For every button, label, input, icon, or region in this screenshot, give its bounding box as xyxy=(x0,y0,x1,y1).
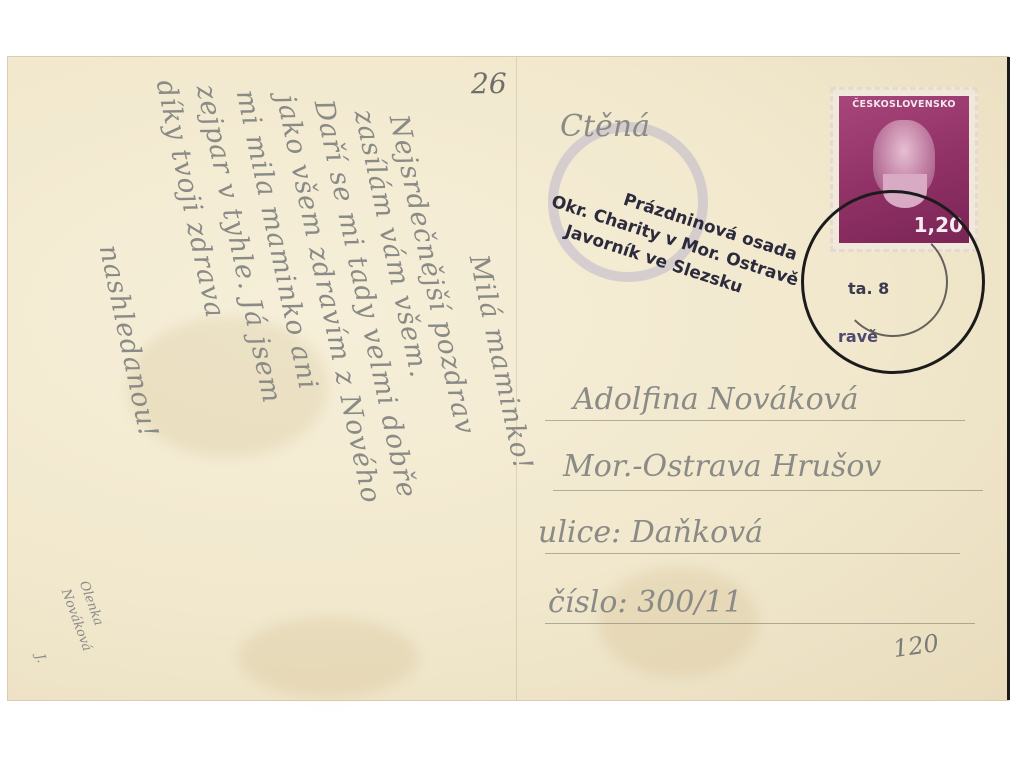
recipient-street: ulice: Daňková xyxy=(538,515,763,550)
card-edge-shadow xyxy=(1007,57,1010,700)
postmark-town: ravě xyxy=(838,327,878,346)
postmark xyxy=(801,190,985,374)
price-note: 120 xyxy=(891,629,940,663)
handwritten-message: Milá maminko! Nejsrdečnější pozdrav zasí… xyxy=(28,67,508,687)
recipient-name: Adolfina Nováková xyxy=(573,382,859,417)
postmark-date: ta. 8 xyxy=(848,279,889,298)
recipient-city: Mor.-Ostrava Hrušov xyxy=(563,449,881,484)
postcard: 26 Milá maminko! Nejsrdečnější pozdrav z… xyxy=(8,57,1008,700)
stamp-country: ČESKOSLOVENSKO xyxy=(839,99,969,110)
signature: J. xyxy=(32,652,49,665)
recipient-number: číslo: 300/11 xyxy=(548,585,743,620)
message-line: Milá maminko! xyxy=(463,252,539,473)
salutation: Ctěná xyxy=(560,109,650,144)
message-line: nashledanou! xyxy=(93,242,164,441)
